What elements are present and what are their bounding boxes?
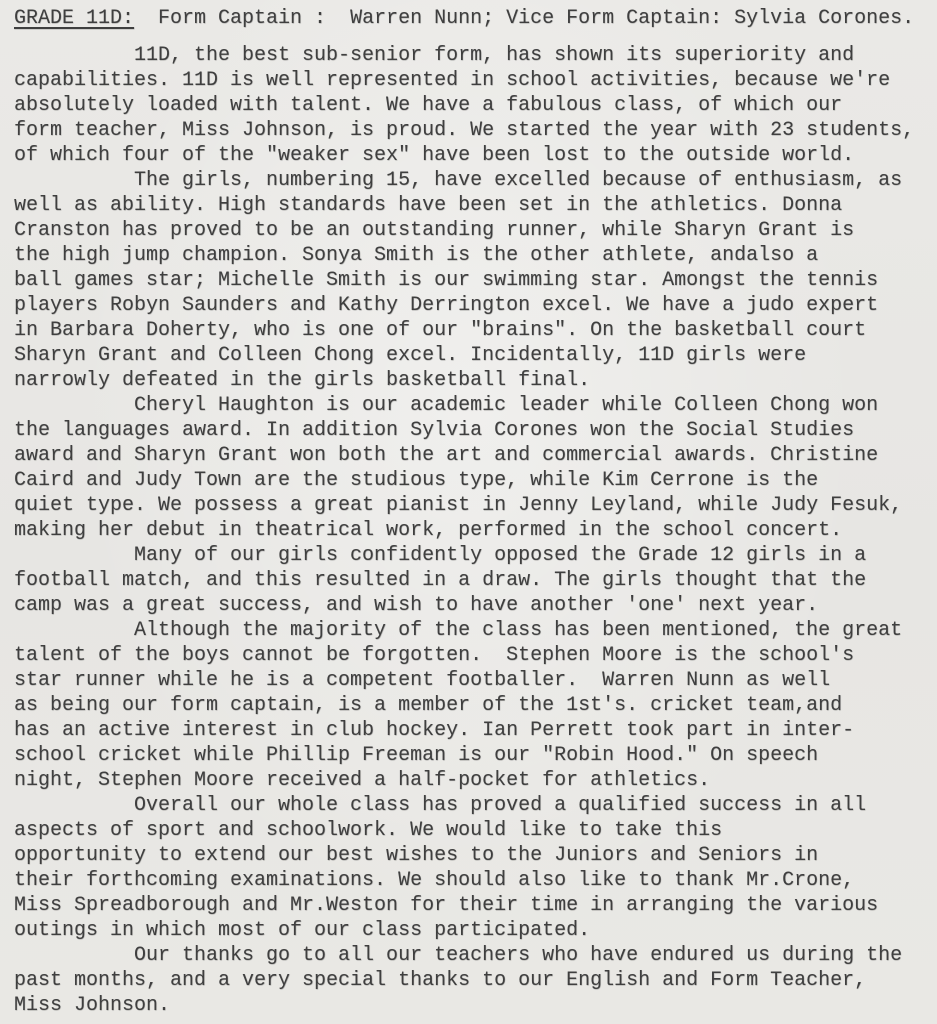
text-line: Many of our girls confidently opposed th… [14, 543, 937, 568]
paragraph-football-camp: Many of our girls confidently opposed th… [14, 543, 937, 618]
text-line: well as ability. High standards have bee… [14, 193, 937, 218]
text-line: has an active interest in club hockey. I… [14, 718, 937, 743]
text-line: absolutely loaded with talent. We have a… [14, 93, 937, 118]
text-line: school cricket while Phillip Freeman is … [14, 743, 937, 768]
heading-grade-label: GRADE 11D: [14, 7, 134, 30]
document-page: GRADE 11D: Form Captain : Warren Nunn; V… [0, 0, 937, 1024]
paragraph-intro: 11D, the best sub-senior form, has shown… [14, 43, 937, 168]
text-line: Miss Johnson. [14, 993, 937, 1018]
text-line: Overall our whole class has proved a qua… [14, 793, 937, 818]
document-heading: GRADE 11D: Form Captain : Warren Nunn; V… [14, 6, 937, 31]
text-line: Cheryl Haughton is our academic leader w… [14, 393, 937, 418]
text-line: Cranston has proved to be an outstanding… [14, 218, 937, 243]
text-line: in Barbara Doherty, who is one of our "b… [14, 318, 937, 343]
text-line: narrowly defeated in the girls basketbal… [14, 368, 937, 393]
text-line: aspects of sport and schoolwork. We woul… [14, 818, 937, 843]
text-line: star runner while he is a competent foot… [14, 668, 937, 693]
text-line: their forthcoming examinations. We shoul… [14, 868, 937, 893]
text-line: football match, and this resulted in a d… [14, 568, 937, 593]
text-line: 11D, the best sub-senior form, has shown… [14, 43, 937, 68]
text-line: as being our form captain, is a member o… [14, 693, 937, 718]
text-line: the high jump champion. Sonya Smith is t… [14, 243, 937, 268]
text-line: Although the majority of the class has b… [14, 618, 937, 643]
text-line: players Robyn Saunders and Kathy Derring… [14, 293, 937, 318]
paragraph-girls-sport: The girls, numbering 15, have excelled b… [14, 168, 937, 393]
text-line: capabilities. 11D is well represented in… [14, 68, 937, 93]
paragraph-thanks: Our thanks go to all our teachers who ha… [14, 943, 937, 1018]
paragraph-academics: Cheryl Haughton is our academic leader w… [14, 393, 937, 543]
text-line: of which four of the "weaker sex" have b… [14, 143, 937, 168]
text-line: night, Stephen Moore received a half-poc… [14, 768, 937, 793]
text-line: Our thanks go to all our teachers who ha… [14, 943, 937, 968]
text-line: Caird and Judy Town are the studious typ… [14, 468, 937, 493]
text-line: The girls, numbering 15, have excelled b… [14, 168, 937, 193]
text-line: form teacher, Miss Johnson, is proud. We… [14, 118, 937, 143]
text-line: Miss Spreadborough and Mr.Weston for the… [14, 893, 937, 918]
text-line: quiet type. We possess a great pianist i… [14, 493, 937, 518]
text-line: making her debut in theatrical work, per… [14, 518, 937, 543]
text-line: ball games star; Michelle Smith is our s… [14, 268, 937, 293]
text-line: award and Sharyn Grant won both the art … [14, 443, 937, 468]
heading-captains-text: Form Captain : Warren Nunn; Vice Form Ca… [134, 7, 914, 30]
text-line: Sharyn Grant and Colleen Chong excel. In… [14, 343, 937, 368]
paragraph-boys: Although the majority of the class has b… [14, 618, 937, 793]
text-line: opportunity to extend our best wishes to… [14, 843, 937, 868]
text-line: talent of the boys cannot be forgotten. … [14, 643, 937, 668]
text-line: past months, and a very special thanks t… [14, 968, 937, 993]
text-line: outings in which most of our class parti… [14, 918, 937, 943]
text-line: the languages award. In addition Sylvia … [14, 418, 937, 443]
text-line: camp was a great success, and wish to ha… [14, 593, 937, 618]
paragraph-overall: Overall our whole class has proved a qua… [14, 793, 937, 943]
